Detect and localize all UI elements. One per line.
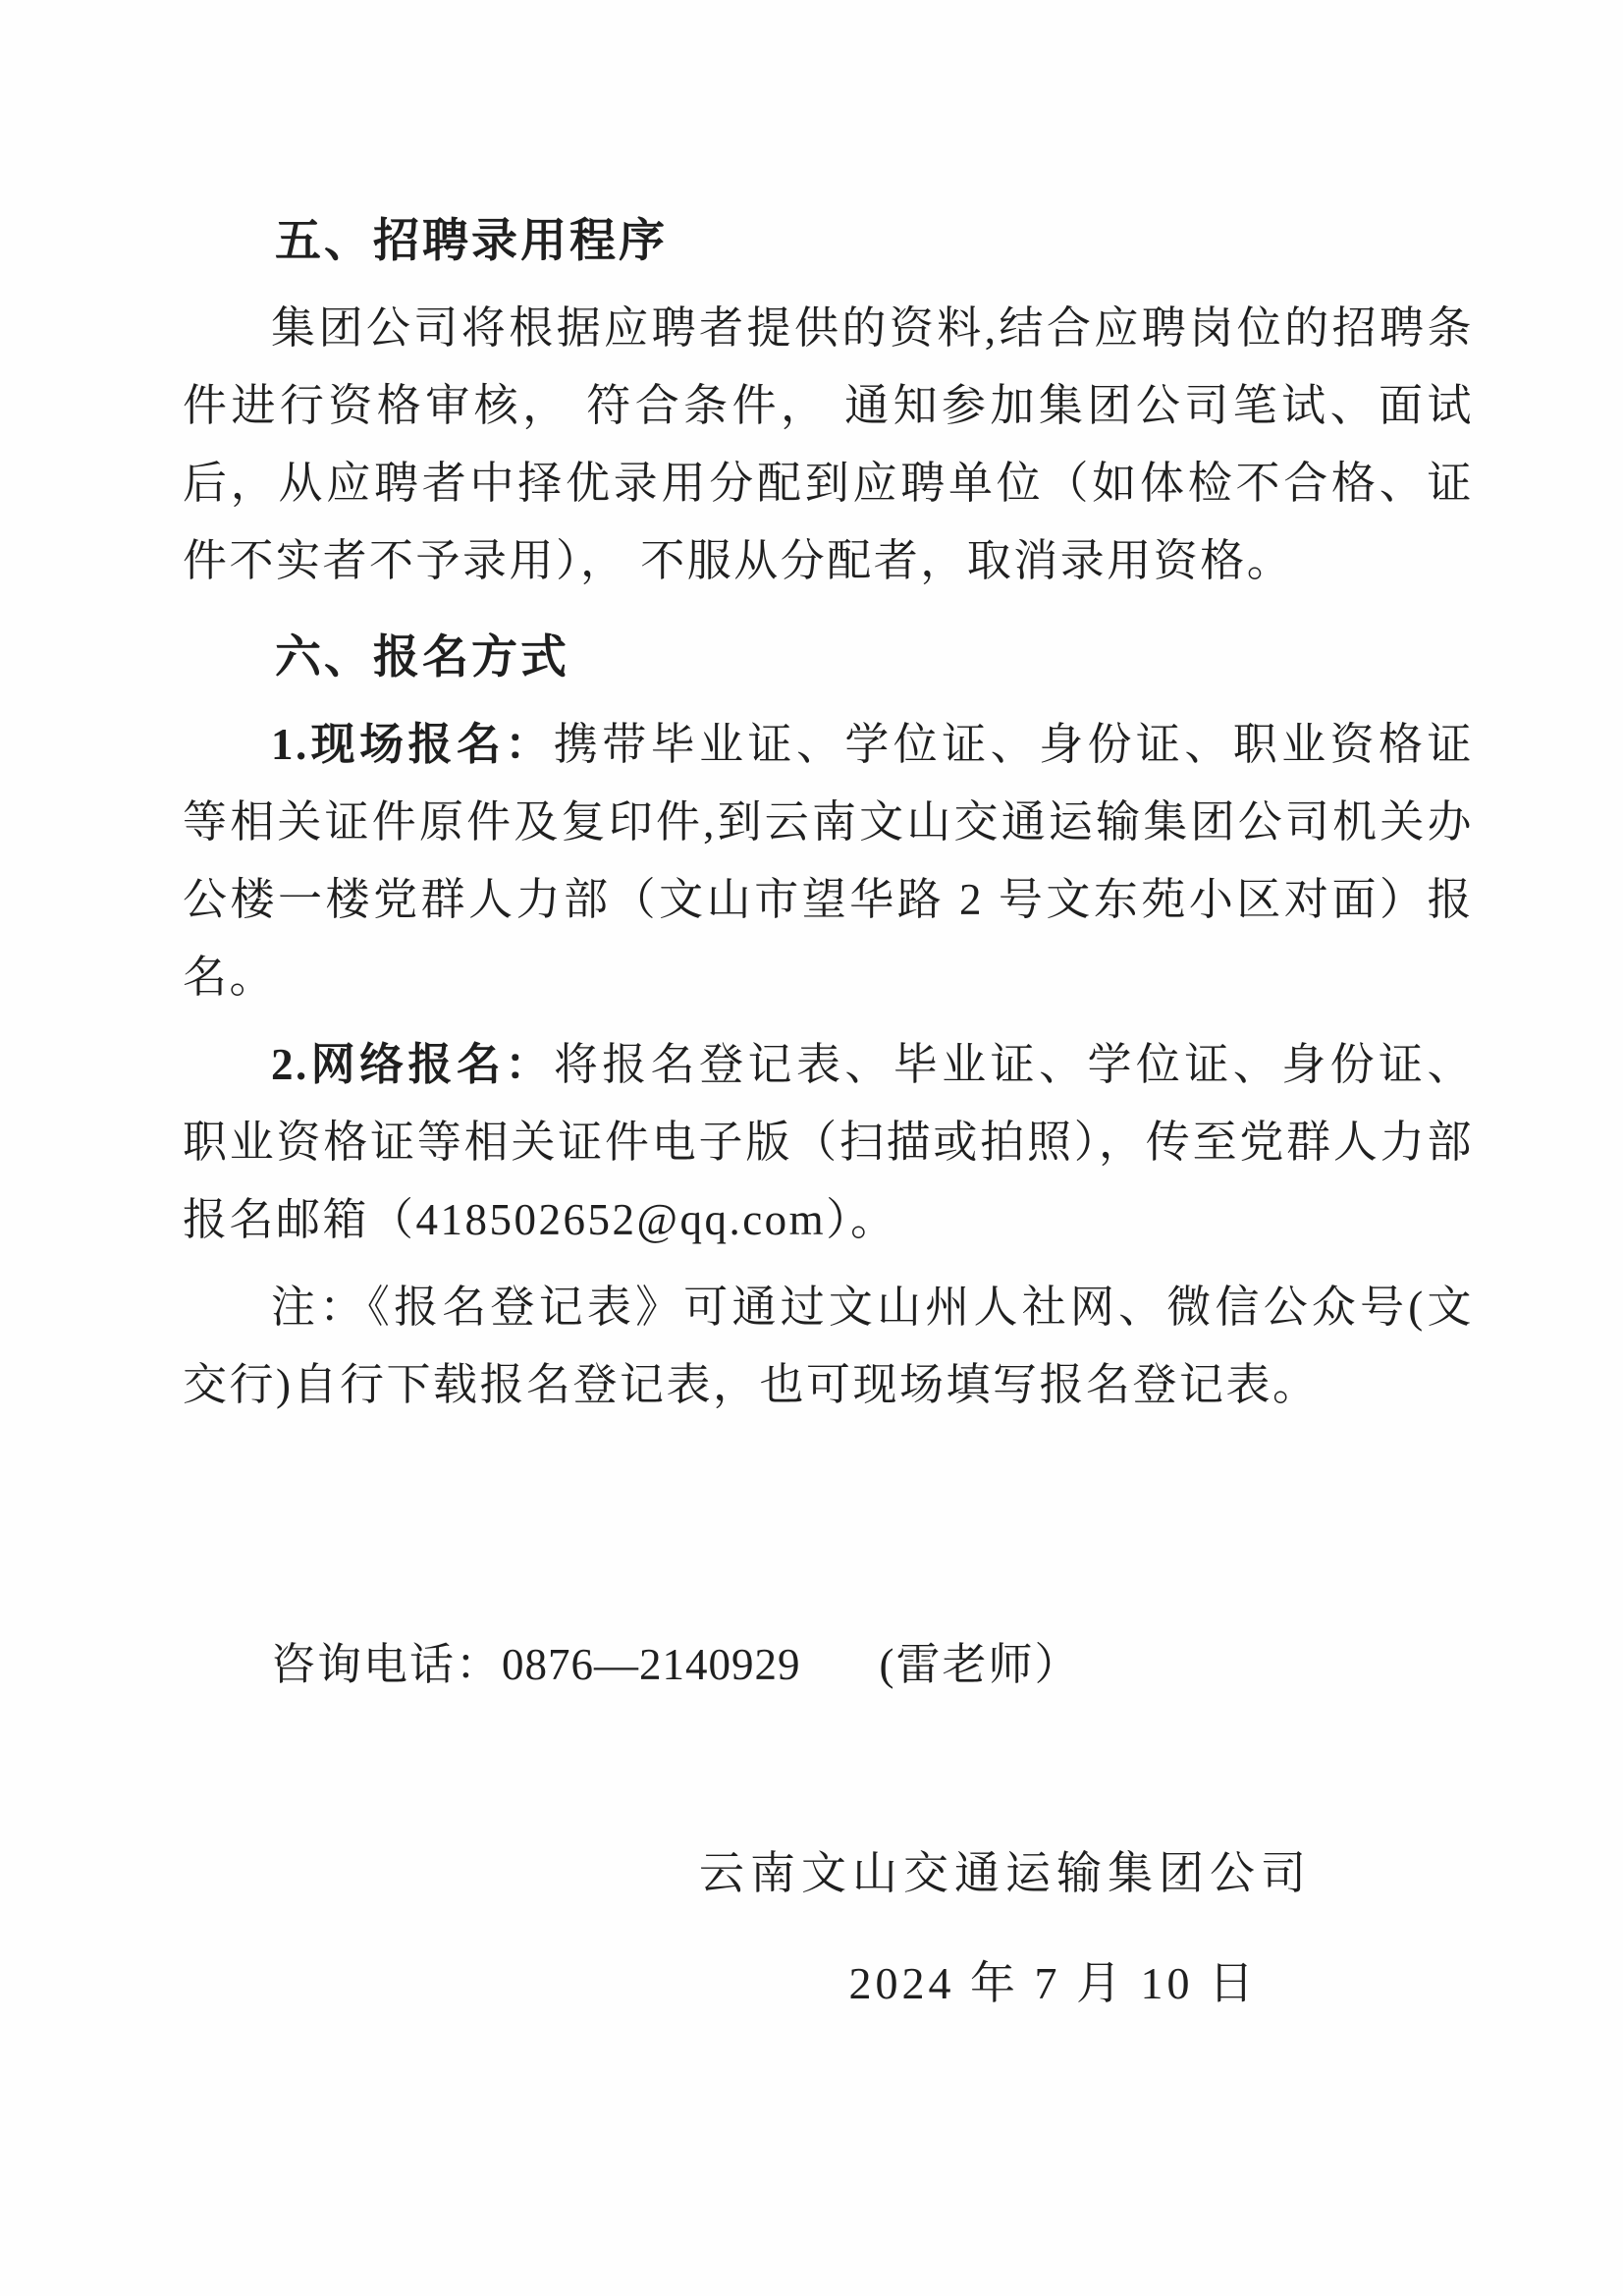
signature-date: 2024 年 7 月 10 日 (0, 1954, 1258, 2013)
contact-label: 咨询电话： (271, 1640, 502, 1689)
online-registration-label: 2.网络报名： (271, 1040, 554, 1089)
document-body: 五、招聘录用程序 集团公司将根据应聘者提供的资料,结合应聘岗位的招聘条件进行资格… (183, 201, 1474, 1694)
signature-block: 云南文山交通运输集团公司 2024 年 7 月 10 日 (0, 1844, 1623, 2013)
onsite-registration-paragraph: 1.现场报名：携带毕业证、学位证、身份证、职业资格证等相关证件原件及复印件,到云… (183, 706, 1474, 1016)
contact-phone: 0876—2140929 (502, 1640, 801, 1689)
document-page: 五、招聘录用程序 集团公司将根据应聘者提供的资料,结合应聘岗位的招聘条件进行资格… (0, 0, 1623, 2296)
onsite-registration-label: 1.现场报名： (271, 720, 554, 769)
section5-heading: 五、招聘录用程序 (183, 201, 1474, 280)
online-registration-paragraph: 2.网络报名：将报名登记表、毕业证、学位证、身份证、职业资格证等相关证件电子版（… (183, 1026, 1474, 1259)
contact-person: (雷老师） (880, 1640, 1081, 1689)
section5-paragraph: 集团公司将根据应聘者提供的资料,结合应聘岗位的招聘条件进行资格审核， 符合条件，… (183, 290, 1474, 600)
signature-company: 云南文山交通运输集团公司 (0, 1844, 1312, 1903)
section6-heading: 六、报名方式 (183, 618, 1474, 696)
contact-line: 咨询电话：0876—2140929(雷老师） (183, 1635, 1474, 1694)
note-paragraph: 注：《报名登记表》可通过文山州人社网、微信公众号(文交行)自行下载报名登记表，也… (183, 1269, 1474, 1424)
